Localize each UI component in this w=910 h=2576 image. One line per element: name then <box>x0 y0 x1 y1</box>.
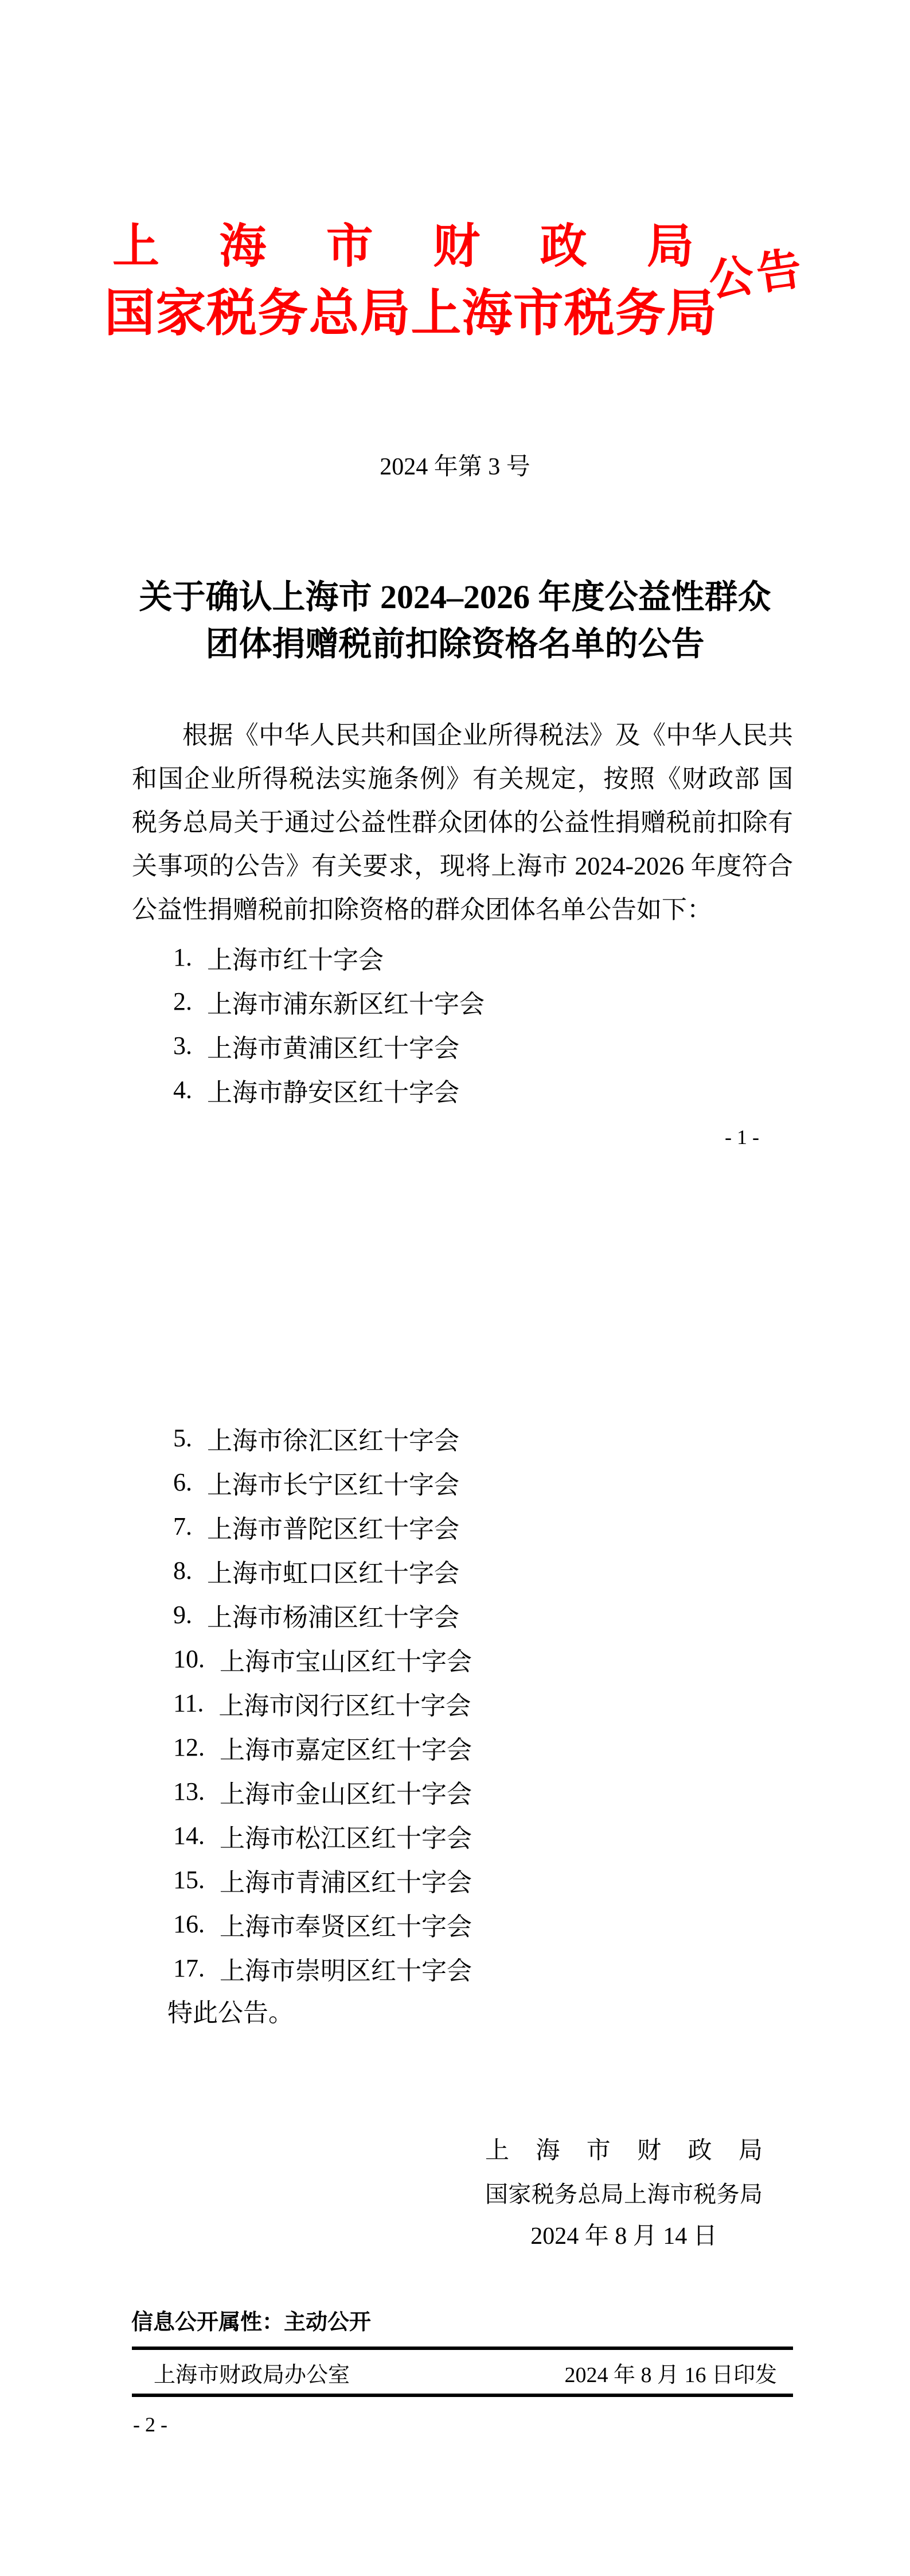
issuing-office: 上海市财政局办公室 <box>132 2357 350 2388</box>
list-item: 1. 上海市红十字会 <box>173 935 485 979</box>
glyph: 总 <box>577 2176 600 2209</box>
item-number: 15. <box>173 1865 205 1894</box>
glyph: 税 <box>693 2176 716 2209</box>
glyph: 海 <box>536 2131 560 2166</box>
glyph: 市 <box>513 286 564 343</box>
print-date: 2024 年 8 月 16 日印发 <box>564 2357 793 2388</box>
signature-date: 2024 年 8 月 14 日 <box>485 2215 763 2259</box>
page-2-number: - 2 - <box>133 2412 167 2437</box>
item-name: 上海市黄浦区红十字会 <box>207 1028 459 1064</box>
glyph: 财 <box>637 2131 661 2166</box>
glyph: 总 <box>308 286 359 343</box>
signature-org-1: 上海市财政局 <box>485 2126 763 2170</box>
announcement-stamp: 公告 <box>706 246 807 304</box>
closing-line: 特此公告。 <box>132 1991 793 2035</box>
list-item: 9. 上海市杨浦区红十字会 <box>173 1593 472 1637</box>
item-number: 5. <box>173 1423 192 1453</box>
item-name: 上海市静安区红十字会 <box>207 1072 459 1108</box>
signature-org-2: 国家税务总局上海市税务局 <box>485 2170 763 2215</box>
glyph: 税 <box>564 286 615 343</box>
item-number: 3. <box>173 1031 192 1060</box>
glyph: 市 <box>326 221 373 272</box>
glyph: 局 <box>360 286 410 343</box>
document-title: 关于确认上海市 2024–2026 年度公益性群众 团体捐赠税前扣除资格名单的公… <box>0 574 910 668</box>
footer-rule-bottom <box>132 2394 793 2397</box>
glyph: 务 <box>554 2176 577 2209</box>
list-item: 11. 上海市闵行区红十字会 <box>173 1681 472 1725</box>
list-item: 13. 上海市金山区红十字会 <box>173 1769 472 1814</box>
body-line: 根据《中华人民共和国企业所得税法》及《中华人民共 <box>132 714 793 757</box>
issuer-line-1: 上海市财政局 <box>112 221 694 272</box>
item-number: 4. <box>173 1075 192 1104</box>
item-name: 上海市徐汇区红十字会 <box>207 1420 459 1457</box>
glyph: 局 <box>740 2176 763 2209</box>
item-number: 7. <box>173 1512 192 1541</box>
item-number: 2. <box>173 987 192 1016</box>
body-line: 关事项的公告》有关要求，现将上海市 2024-2026 年度符合 <box>132 845 793 888</box>
glyph: 财 <box>433 221 480 272</box>
list-item: 6. 上海市长宁区红十字会 <box>173 1460 472 1504</box>
list-item: 14. 上海市松江区红十字会 <box>173 1814 472 1858</box>
issuer-line-2: 国家税务总局上海市税务局 <box>104 286 717 343</box>
beneficiary-list-page1: 1. 上海市红十字会 2. 上海市浦东新区红十字会 3. 上海市黄浦区红十字会 … <box>173 935 485 1112</box>
disclosure-attribute: 信息公开属性：主动公开 <box>131 2310 371 2335</box>
footer-office-row: 上海市财政局办公室 2024 年 8 月 16 日印发 <box>132 2353 793 2391</box>
glyph: 税 <box>206 286 257 343</box>
announcement-document: 上海市财政局 国家税务总局上海市税务局 公告 2024 年第 3 号 关于确认上… <box>0 0 910 2576</box>
body-line: 税务总局关于通过公益性群众团体的公益性捐赠税前扣除有 <box>132 801 793 845</box>
footer-rule-top <box>132 2347 793 2350</box>
glyph: 海 <box>219 221 266 272</box>
item-name: 上海市松江区红十字会 <box>220 1818 472 1854</box>
list-item: 10. 上海市宝山区红十字会 <box>173 1637 472 1681</box>
list-item: 5. 上海市徐汇区红十字会 <box>173 1416 472 1460</box>
glyph: 局 <box>666 286 717 343</box>
list-item: 17. 上海市崇明区红十字会 <box>173 1946 472 1990</box>
list-item: 3. 上海市黄浦区红十字会 <box>173 1024 485 1068</box>
title-line-2: 团体捐赠税前扣除资格名单的公告 <box>0 621 910 668</box>
glyph: 务 <box>257 286 308 343</box>
glyph: 海 <box>462 286 513 343</box>
body-line: 和国企业所得税法实施条例》有关规定，按照《财政部 国家 <box>132 757 793 801</box>
item-name: 上海市嘉定区红十字会 <box>220 1729 472 1766</box>
item-number: 11. <box>173 1688 204 1718</box>
item-number: 13. <box>173 1777 205 1806</box>
glyph: 局 <box>601 2176 624 2209</box>
item-number: 17. <box>173 1954 205 1983</box>
glyph: 家 <box>508 2176 531 2209</box>
list-item: 16. 上海市奉贤区红十字会 <box>173 1902 472 1946</box>
glyph: 国 <box>485 2176 508 2209</box>
item-number: 9. <box>173 1600 192 1629</box>
item-number: 10. <box>173 1644 205 1674</box>
glyph: 务 <box>615 286 666 343</box>
beneficiary-list-page2: 5. 上海市徐汇区红十字会 6. 上海市长宁区红十字会 7. 上海市普陀区红十字… <box>173 1416 472 1990</box>
list-item: 7. 上海市普陀区红十字会 <box>173 1504 472 1548</box>
list-item: 15. 上海市青浦区红十字会 <box>173 1858 472 1902</box>
list-item: 12. 上海市嘉定区红十字会 <box>173 1725 472 1769</box>
item-number: 12. <box>173 1733 205 1762</box>
signature-block: 上海市财政局 国家税务总局上海市税务局 2024 年 8 月 14 日 <box>485 2126 763 2259</box>
glyph: 上 <box>485 2131 509 2166</box>
glyph: 务 <box>717 2176 740 2209</box>
item-name: 上海市金山区红十字会 <box>220 1773 472 1810</box>
item-name: 上海市杨浦区红十字会 <box>207 1597 459 1633</box>
glyph: 税 <box>532 2176 554 2209</box>
item-number: 1. <box>173 943 192 972</box>
list-item: 8. 上海市虹口区红十字会 <box>173 1548 472 1593</box>
glyph: 上 <box>411 286 461 343</box>
item-name: 上海市浦东新区红十字会 <box>207 983 485 1020</box>
glyph: 政 <box>540 221 587 272</box>
item-name: 上海市宝山区红十字会 <box>220 1641 472 1678</box>
glyph: 上 <box>112 221 159 272</box>
glyph: 市 <box>587 2131 611 2166</box>
doc-number: 2024 年第 3 号 <box>0 453 910 481</box>
page-1-number: - 1 - <box>725 1124 759 1150</box>
glyph: 海 <box>647 2176 670 2209</box>
item-name: 上海市奉贤区红十字会 <box>220 1906 472 1943</box>
item-number: 16. <box>173 1909 205 1939</box>
item-name: 上海市红十字会 <box>207 939 384 976</box>
glyph: 政 <box>688 2131 712 2166</box>
glyph: 上 <box>624 2176 647 2209</box>
item-name: 上海市长宁区红十字会 <box>207 1464 459 1501</box>
item-name: 上海市普陀区红十字会 <box>207 1508 459 1545</box>
list-item: 2. 上海市浦东新区红十字会 <box>173 979 485 1024</box>
glyph: 家 <box>155 286 206 343</box>
item-number: 8. <box>173 1556 192 1585</box>
item-number: 14. <box>173 1821 205 1850</box>
body-paragraph: 根据《中华人民共和国企业所得税法》及《中华人民共 和国企业所得税法实施条例》有关… <box>132 714 793 932</box>
item-name: 上海市崇明区红十字会 <box>220 1950 472 1987</box>
glyph: 市 <box>670 2176 693 2209</box>
glyph: 局 <box>739 2131 763 2166</box>
item-name: 上海市闵行区红十字会 <box>218 1685 471 1722</box>
item-number: 6. <box>173 1468 192 1497</box>
body-line: 公益性捐赠税前扣除资格的群众团体名单公告如下： <box>132 888 793 932</box>
title-line-1: 关于确认上海市 2024–2026 年度公益性群众 <box>0 574 910 621</box>
glyph: 局 <box>647 221 694 272</box>
glyph: 国 <box>104 286 155 343</box>
item-name: 上海市虹口区红十字会 <box>207 1552 459 1589</box>
list-item: 4. 上海市静安区红十字会 <box>173 1068 485 1112</box>
item-name: 上海市青浦区红十字会 <box>220 1862 472 1898</box>
